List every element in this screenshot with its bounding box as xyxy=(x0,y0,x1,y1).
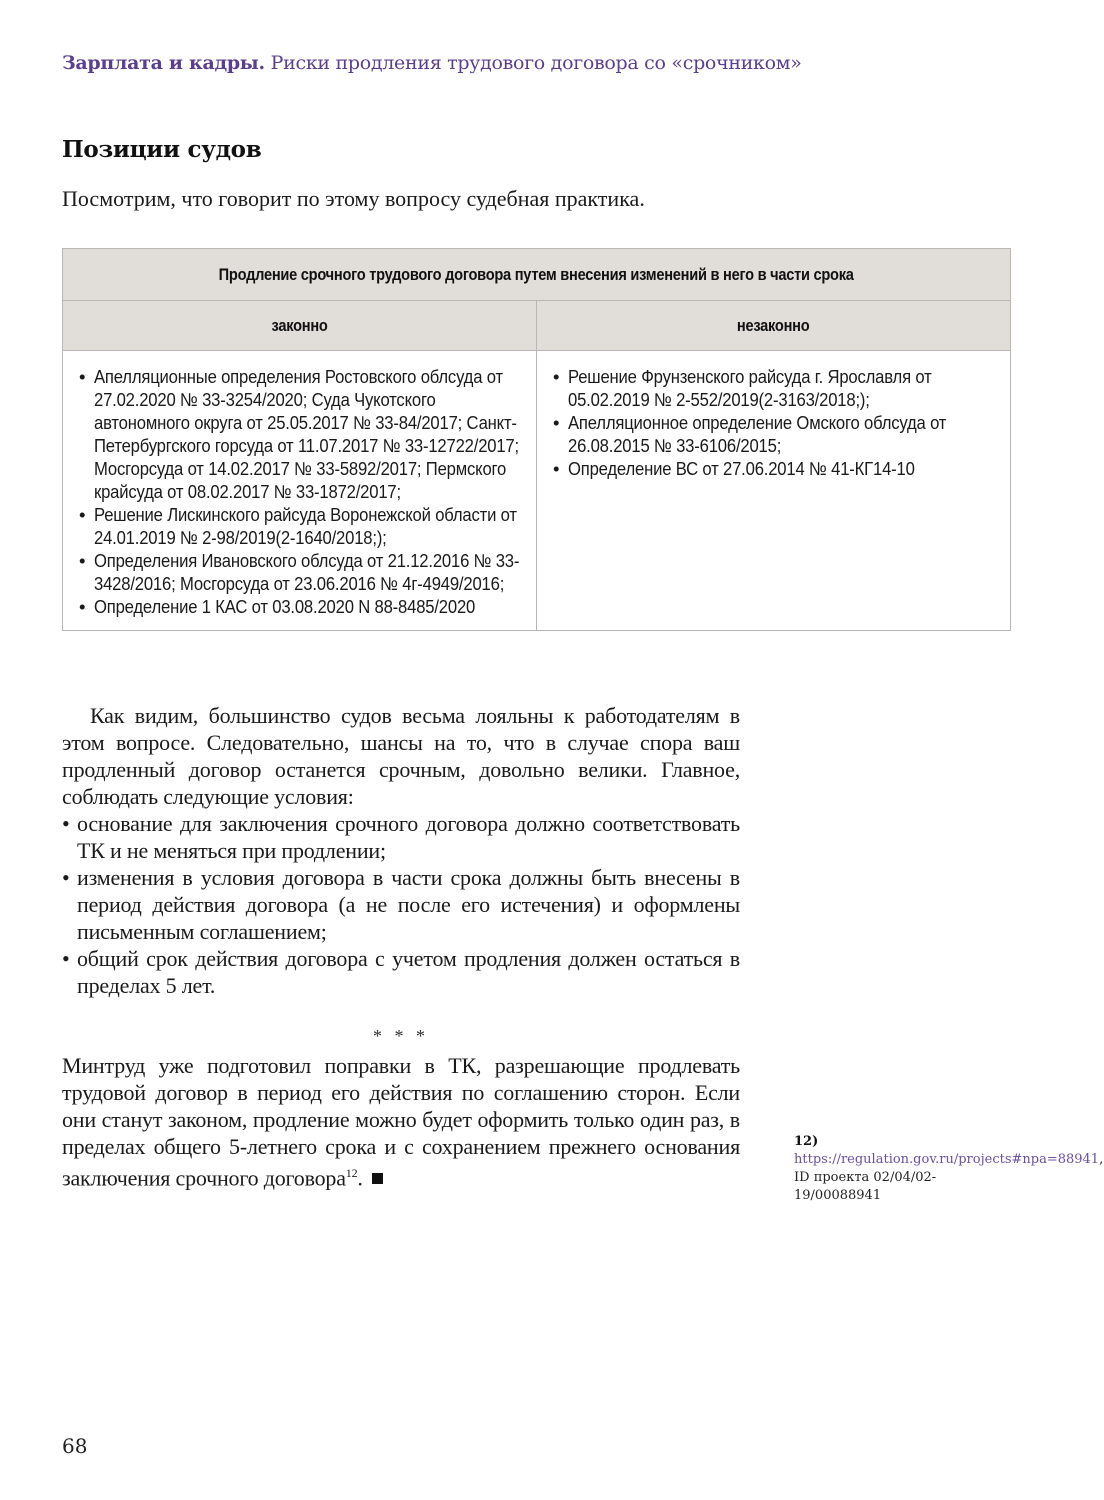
footnote-number: 12) xyxy=(794,1134,818,1149)
condition-item: общий срок действия договора с учетом пр… xyxy=(62,945,740,999)
footnote: 12) https://regulation.gov.ru/projects#n… xyxy=(794,1133,1019,1205)
lawful-court-decision: Апелляционные определения Ростовского об… xyxy=(77,365,526,503)
footnote-link[interactable]: https://regulation.gov.ru/projects#npa=8… xyxy=(794,1152,1099,1167)
court-positions-table: Продление срочного трудового договора пу… xyxy=(62,248,1011,631)
lawful-cell: Апелляционные определения Ростовского об… xyxy=(63,351,537,631)
end-of-article-mark xyxy=(372,1173,383,1184)
conclusion-paragraph: Как видим, большинство судов весьма лоял… xyxy=(62,702,740,810)
section-title: Позиции судов xyxy=(62,136,261,163)
running-head-article: Риски продления трудового договора со «с… xyxy=(271,52,802,74)
table-row: Апелляционные определения Ростовского об… xyxy=(63,351,1011,631)
unlawful-court-decision: Решение Фрунзенского райсуда г. Ярославл… xyxy=(551,365,1000,411)
unlawful-court-decision: Апелляционное определение Омского облсуд… xyxy=(551,411,1000,457)
lawful-list: Апелляционные определения Ростовского об… xyxy=(77,365,526,618)
condition-item: основание для заключения срочного догово… xyxy=(62,810,740,864)
closing-paragraph: Минтруд уже подготовил поправки в ТК, ра… xyxy=(62,1052,740,1191)
condition-item: изменения в условия договора в части сро… xyxy=(62,864,740,945)
body-text: Как видим, большинство судов весьма лоял… xyxy=(62,702,740,999)
unlawful-list: Решение Фрунзенского райсуда г. Ярославл… xyxy=(551,365,1000,480)
page-number: 68 xyxy=(62,1434,87,1458)
section-separator: * * * xyxy=(62,1026,740,1047)
running-head-section: Зарплата и кадры. xyxy=(62,52,265,74)
lawful-court-decision: Решение Лискинского райсуда Воронежской … xyxy=(77,503,526,549)
running-head: Зарплата и кадры. Риски продления трудов… xyxy=(62,52,802,74)
intro-paragraph: Посмотрим, что говорит по этому вопросу … xyxy=(62,186,645,212)
conditions-list: основание для заключения срочного догово… xyxy=(62,810,740,999)
lawful-court-decision: Определения Ивановского облсуда от 21.12… xyxy=(77,549,526,595)
footnote-reference[interactable]: 12 xyxy=(346,1166,358,1180)
lawful-court-decision: Определение 1 КАС от 03.08.2020 N 88-848… xyxy=(77,595,526,618)
table-caption: Продление срочного трудового договора пу… xyxy=(63,249,1011,301)
unlawful-cell: Решение Фрунзенского райсуда г. Ярославл… xyxy=(537,351,1011,631)
column-header-unlawful: незаконно xyxy=(537,301,1011,351)
column-header-lawful: законно xyxy=(63,301,537,351)
unlawful-court-decision: Определение ВС от 27.06.2014 № 41-КГ14-1… xyxy=(551,457,1000,480)
